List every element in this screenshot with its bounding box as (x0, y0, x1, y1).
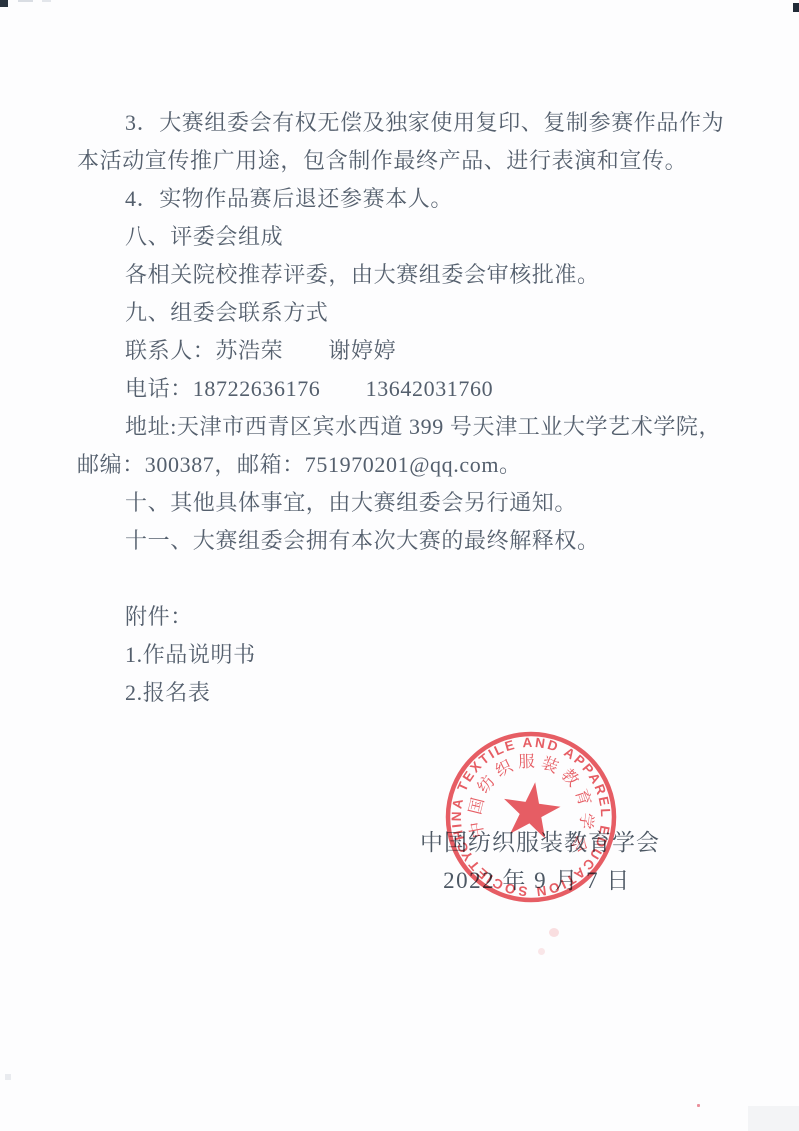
document-line: 3．大赛组委会有权无偿及独家使用复印、复制参赛作品作为 (77, 104, 742, 142)
stamp-ink-smudge (549, 928, 559, 937)
scan-corner-mark-top-right (793, 3, 799, 12)
document-line: 电话：18722636176 13642031760 (77, 370, 742, 408)
document-line: 各相关院校推荐评委，由大赛组委会审核批准。 (77, 256, 742, 294)
document-line: 2.报名表 (77, 674, 742, 712)
stamp-ink-smudge (538, 948, 545, 955)
red-ink-speck (697, 1104, 700, 1107)
scan-corner-mark-bottom-left (5, 1074, 11, 1080)
scanned-document-page: 3．大赛组委会有权无偿及独家使用复印、复制参赛作品作为本活动宣传推广用途，包含制… (0, 0, 799, 1131)
document-line: 九、组委会联系方式 (77, 294, 742, 332)
document-line: 1.作品说明书 (77, 636, 742, 674)
document-line: 4．实物作品赛后退还参赛本人。 (77, 180, 742, 218)
scan-corner-mark-top-left (0, 0, 8, 7)
document-lines: 3．大赛组委会有权无偿及独家使用复印、复制参赛作品作为本活动宣传推广用途，包含制… (77, 104, 742, 712)
document-line: 十、其他具体事宜，由大赛组委会另行通知。 (77, 484, 742, 522)
document-line: 附件： (77, 598, 742, 636)
document-line: 邮编：300387，邮箱：751970201@qq.com。 (77, 446, 742, 484)
document-line: 地址:天津市西青区宾水西道 399 号天津工业大学艺术学院， (77, 408, 742, 446)
document-line: 本活动宣传推广用途，包含制作最终产品、进行表演和宣传。 (77, 142, 742, 180)
signature-date: 2022 年 9 月 7 日 (420, 862, 654, 900)
scan-edge-dash (42, 0, 51, 2)
signature-block: 中国纺织服装教育学会 2022 年 9 月 7 日 (420, 824, 654, 900)
signature-org-name: 中国纺织服装教育学会 (420, 824, 654, 862)
document-line: 十一、大赛组委会拥有本次大赛的最终解释权。 (77, 522, 742, 560)
document-line: 联系人：苏浩荣 谢婷婷 (77, 332, 742, 370)
scan-smudge-bottom-right (748, 1106, 799, 1131)
document-line: 八、评委会组成 (77, 218, 742, 256)
document-blank-line (77, 560, 742, 598)
scan-edge-dash (18, 0, 33, 2)
